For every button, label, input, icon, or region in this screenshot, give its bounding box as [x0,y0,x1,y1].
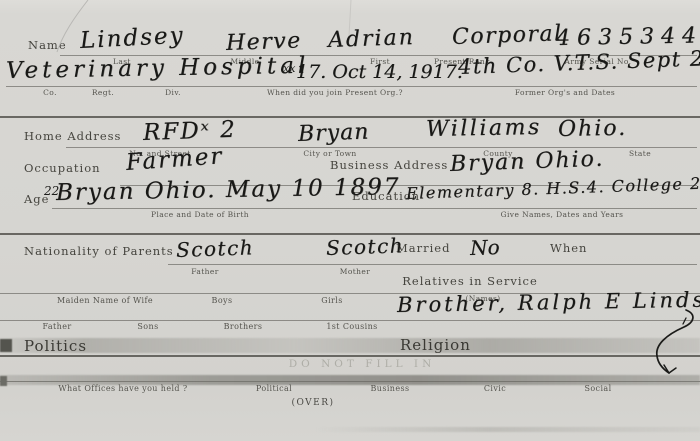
business-address-label: Business Address [330,158,448,172]
birth-value: Bryan Ohio. May 10 1897 [56,174,401,206]
when-label: When [550,241,587,255]
sub-social: Social [584,384,611,393]
sub-political: Political [256,384,292,393]
signature-flourish-arrowhead [664,365,676,373]
city-value: Bryan [298,120,370,147]
sub-boys: Boys [212,296,233,305]
rule-under-politics [0,355,700,357]
sub-div: Div. [165,88,181,97]
sub-regt: Regt. [92,88,114,97]
relatives-value: Brother, Ralph E Lindsey [397,287,700,317]
sub-former-orgs: Former Org's and Dates [515,88,615,97]
rule-under-nationality [168,264,697,265]
name-last-value: Lindsey [79,23,185,54]
smudge-band-bottom [0,427,700,432]
sub-girls: Girls [321,296,342,305]
rule-father-row [0,320,700,321]
sub-city: City or Town [303,149,356,158]
signature-tick [683,318,686,324]
home-address-label: Home Address [24,129,121,143]
over-label: (OVER) [291,398,334,408]
occupation-label: Occupation [24,161,101,175]
sub-maiden-name: Maiden Name of Wife [57,296,153,305]
sub-state: State [629,149,651,158]
name-first-value: Adrian [328,25,416,53]
married-value: No [470,235,500,260]
sub-co: Co. [43,88,57,97]
county-value: Williams [426,115,542,142]
occupation-value: Farmer [125,143,224,176]
edge-ink-mark-1 [0,339,12,352]
former-org-value: 4th Co. V.T.S. Sept 27 [458,46,700,79]
state-value: Ohio. [558,116,628,142]
business-value: Bryan Ohio. [450,147,605,177]
religion-label: Religion [400,336,471,354]
name-label: Name [28,38,67,52]
sub-when-joined: When did you join Present Org.? [267,88,403,97]
sub-mother-nat: Mother [340,267,370,276]
sub-civic: Civic [484,384,506,393]
sub-brothers: Brothers [224,322,263,331]
rule-under-org [6,86,697,87]
org-value: Veterinary Hospital [6,53,310,84]
joined-value: 17. Oct 14, 1917. [296,61,463,83]
sub-birth: Place and Date of Birth [151,210,249,219]
name-middle-value: Herve [226,28,302,56]
offices-label: What Offices have you held ? [58,384,187,393]
sub-father-nat: Father [191,267,218,276]
relatives-heading: Relatives in Service [402,274,538,288]
smudge-band-politics [0,338,700,353]
military-record-card: Name Last Middle First Present Rank Army… [0,0,700,441]
father-nationality-value: Scotch [176,235,255,262]
street-value: RFDˣ 2 [143,117,238,146]
mother-nationality-value: Scotch [326,233,405,260]
do-not-fill-in-stamp: DO NOT FILL IN [289,358,436,370]
nationality-label: Nationality of Parents [24,244,174,258]
rule-under-age [52,208,697,209]
politics-label: Politics [24,337,87,355]
sub-education: Give Names, Dates and Years [501,210,624,219]
sub-father-row: Father [42,322,71,331]
sub-sons: Sons [137,322,158,331]
org-mark: xx [283,62,295,75]
edge-ink-mark-2 [0,376,7,386]
rank-value: Corporal [452,21,563,50]
sub-business: Business [371,384,410,393]
sub-1st-cousins: 1st Cousins [326,322,377,331]
